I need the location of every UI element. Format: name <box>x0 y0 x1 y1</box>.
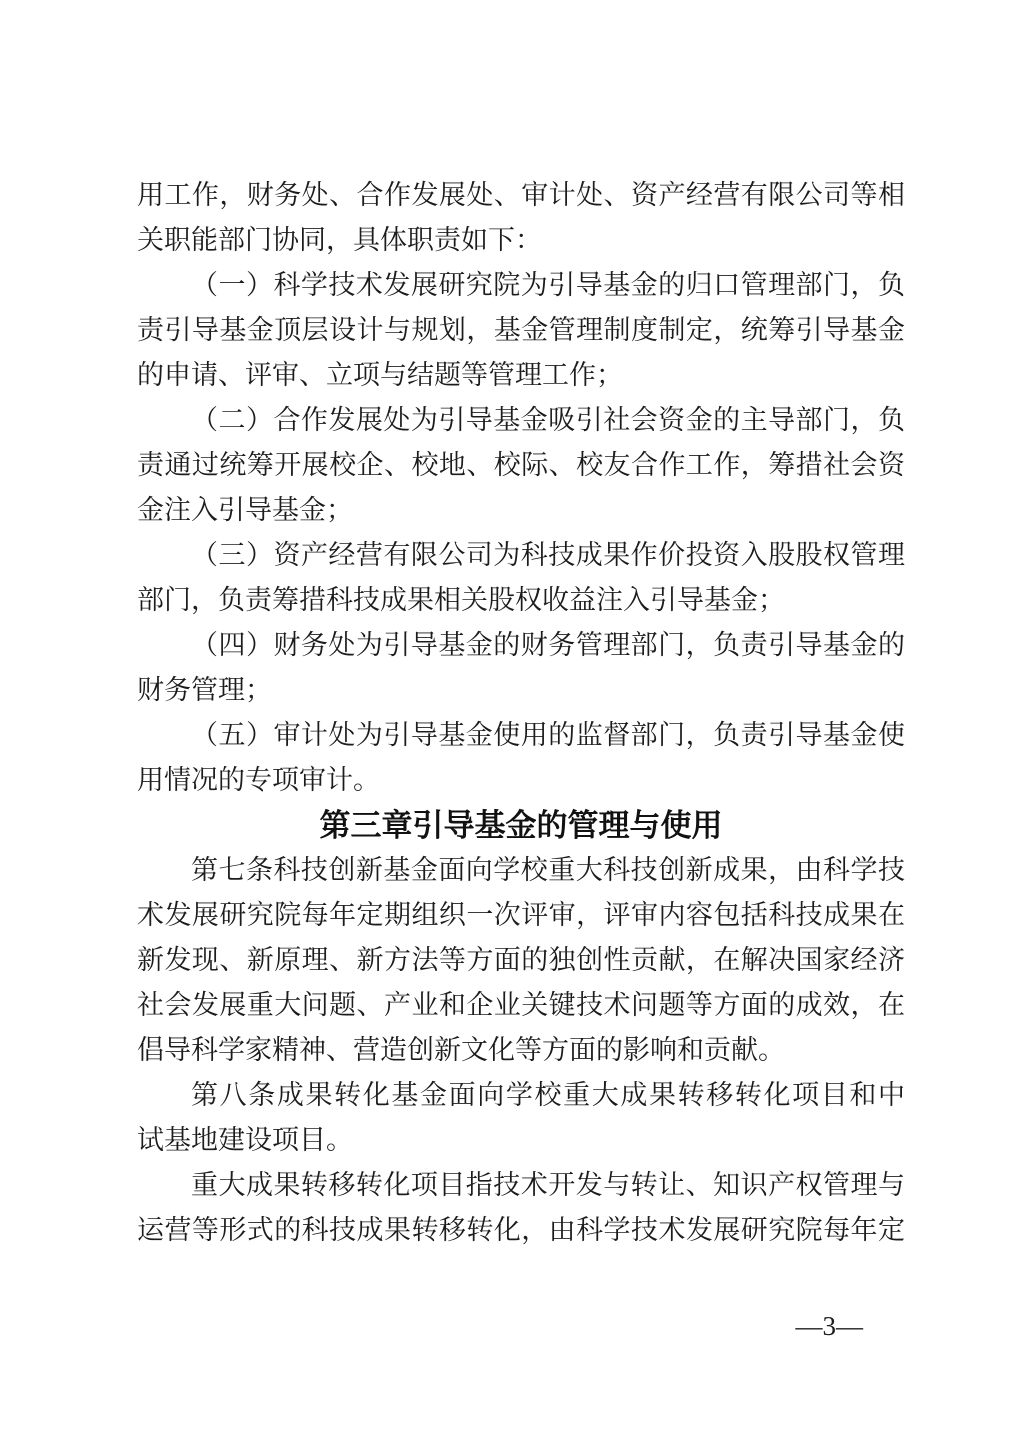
text-line: 用情况的专项审计。 <box>137 758 905 803</box>
document-text-block: 用工作，财务处、合作发展处、审计处、资产经营有限公司等相 关职能部门协同，具体职… <box>137 173 905 1253</box>
text-line: 重大成果转移转化项目指技术开发与转让、知识产权管理与 <box>137 1163 905 1208</box>
text-line: 新发现、新原理、新方法等方面的独创性贡献，在解决国家经济 <box>137 938 905 983</box>
chapter-heading: 第三章引导基金的管理与使用 <box>137 803 905 848</box>
text-line: （三）资产经营有限公司为科技成果作价投资入股股权管理 <box>137 533 905 578</box>
text-line: 财务管理； <box>137 668 905 713</box>
text-line: 关职能部门协同，具体职责如下： <box>137 218 905 263</box>
document-page: 用工作，财务处、合作发展处、审计处、资产经营有限公司等相 关职能部门协同，具体职… <box>0 0 1024 1448</box>
text-line: 第七条科技创新基金面向学校重大科技创新成果，由科学技 <box>137 848 905 893</box>
text-line: 试基地建设项目。 <box>137 1118 905 1163</box>
text-line: 用工作，财务处、合作发展处、审计处、资产经营有限公司等相 <box>137 173 905 218</box>
text-line: （一）科学技术发展研究院为引导基金的归口管理部门，负 <box>137 263 905 308</box>
text-line: （二）合作发展处为引导基金吸引社会资金的主导部门，负 <box>137 398 905 443</box>
text-line: （五）审计处为引导基金使用的监督部门，负责引导基金使 <box>137 713 905 758</box>
text-line: 倡导科学家精神、营造创新文化等方面的影响和贡献。 <box>137 1028 905 1073</box>
text-line: 术发展研究院每年定期组织一次评审，评审内容包括科技成果在 <box>137 893 905 938</box>
text-line: 金注入引导基金； <box>137 488 905 533</box>
text-line: 责通过统筹开展校企、校地、校际、校友合作工作，筹措社会资 <box>137 443 905 488</box>
page-number: —3— <box>0 1306 1024 1346</box>
text-line: 的申请、评审、立项与结题等管理工作； <box>137 353 905 398</box>
text-line: 社会发展重大问题、产业和企业关键技术问题等方面的成效，在 <box>137 983 905 1028</box>
text-line: 第八条成果转化基金面向学校重大成果转移转化项目和中 <box>137 1073 905 1118</box>
text-line: 运营等形式的科技成果转移转化，由科学技术发展研究院每年定 <box>137 1208 905 1253</box>
text-line: 部门，负责筹措科技成果相关股权收益注入引导基金； <box>137 578 905 623</box>
text-line: （四）财务处为引导基金的财务管理部门，负责引导基金的 <box>137 623 905 668</box>
text-line: 责引导基金顶层设计与规划，基金管理制度制定，统筹引导基金 <box>137 308 905 353</box>
